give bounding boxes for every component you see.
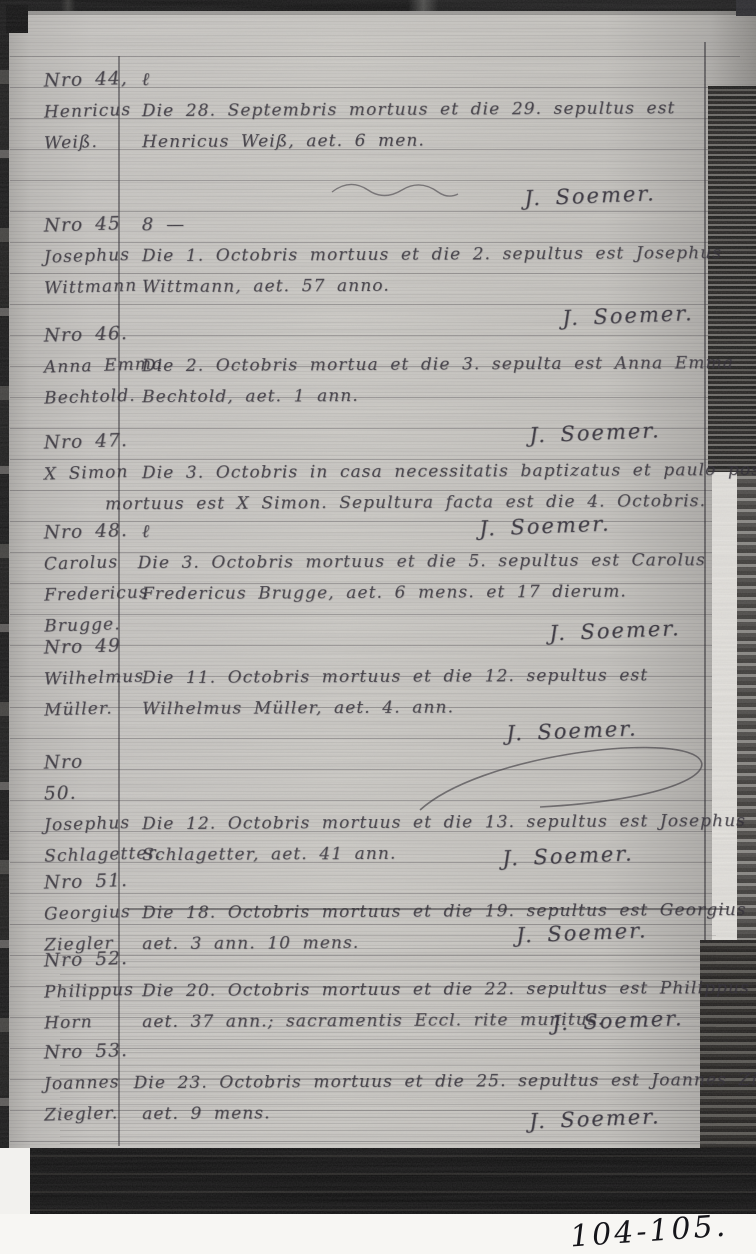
ink-mark: 8 —	[128, 211, 706, 237]
bottom-scan-band	[30, 1148, 756, 1214]
margin-name: Josephus	[30, 245, 129, 270]
entry-line: Die 1. Octobris mortuus et die 2. sepult…	[128, 243, 722, 268]
entry-row: Carolus Die 3. Octobris mortuus et die 5…	[30, 541, 706, 576]
entry-row: Wilhelmus Die 11. Octobris mortuus et di…	[30, 656, 706, 691]
ink-mark: ℓ	[128, 518, 706, 544]
left-film-edge	[0, 0, 9, 1150]
margin-name: Wittmann	[30, 276, 129, 301]
entry-row: Nro 47.	[30, 420, 706, 455]
entry-row: Nro 46.	[30, 313, 706, 348]
margin-name: Carolus	[30, 552, 124, 577]
entry-row: Nro 51.	[30, 860, 706, 895]
entry-row: Henricus Die 28. Septembris mortuus et d…	[30, 89, 706, 124]
top-right-film-mark	[736, 0, 756, 16]
margin-name: Josephus	[30, 813, 129, 838]
film-corner-mark	[6, 5, 28, 33]
entry-row: Nro 49	[30, 625, 706, 660]
entry-number: Nro 49	[29, 635, 128, 661]
margin-name: Bechtold.	[30, 386, 129, 411]
ink-stroke	[128, 908, 728, 910]
top-scan-band-shadow	[0, 11, 756, 15]
entry-row: Nro 45 8 —	[30, 203, 706, 238]
entry-line: Die 3. Octobris mortuus et die 5. sepult…	[124, 550, 706, 575]
entry-row: Fredericus Fredericus Brugge, aet. 6 men…	[30, 572, 706, 607]
ink-mark: ℓ	[128, 66, 706, 92]
entry-number: Nro 51.	[30, 870, 129, 896]
entry-number: Nro 48.	[29, 520, 128, 546]
ink-squiggle	[330, 178, 460, 200]
flourish-loop	[240, 728, 740, 818]
entry-line: Wittmann, aet. 57 anno.	[128, 274, 706, 299]
entry-line: Bechtold, aet. 1 ann.	[128, 384, 706, 409]
entry-line: Die 11. Octobris mortuus et die 12. sepu…	[128, 665, 706, 690]
entry-line: Die 28. Septembris mortuus et die 29. se…	[128, 98, 706, 123]
entry-row: Bechtold. Bechtold, aet. 1 ann.	[30, 375, 706, 410]
margin-name: Fredericus	[30, 583, 129, 608]
entry-line: Die 2. Octobris mortua et die 3. sepulta…	[128, 353, 734, 378]
entry-line: Henricus Weiß, aet. 6 men.	[128, 129, 706, 154]
top-scan-band	[0, 0, 756, 11]
entry-row: Weiß. Henricus Weiß, aet. 6 men.	[30, 120, 706, 155]
entry-line: Die 18. Octobris mortuus et die 19. sepu…	[128, 900, 756, 926]
margin-name: Georgius	[30, 902, 129, 927]
entry-line: Fredericus Brugge, aet. 6 mens. et 17 di…	[128, 581, 706, 606]
margin-name: Weiß.	[30, 131, 129, 156]
spine-shadow-mid	[737, 472, 756, 940]
margin-name: Müller.	[30, 698, 129, 723]
entry-row: X Simon Die 3. Octobris in casa necessit…	[30, 451, 706, 486]
margin-name: Anna Emma	[30, 355, 129, 380]
entry-number-second-line: 50.	[30, 781, 129, 807]
entry-row: Josephus Die 1. Octobris mortuus et die …	[30, 234, 706, 269]
margin-name: X Simon	[30, 462, 129, 487]
entry-number: Nro 47.	[29, 430, 128, 456]
entry-row: Anna Emma Die 2. Octobris mortua et die …	[30, 344, 706, 379]
margin-name: Wilhelmus	[30, 667, 129, 692]
scan-smear	[60, 935, 716, 1147]
entry-row: Nro 48. ℓ	[30, 510, 706, 545]
entry-number: Nro	[29, 750, 128, 776]
entry-row: Nro 44, ℓ	[30, 58, 706, 93]
spine-shadow-top	[708, 86, 756, 472]
entry-number: Nro 44,	[29, 68, 128, 94]
margin-name: Henricus	[30, 100, 129, 125]
entry-row: Wittmann Wittmann, aet. 57 anno.	[30, 265, 706, 300]
entry-number: Nro 46.	[29, 323, 128, 349]
entry-line: Die 3. Octobris in casa necessitatis bap…	[128, 460, 756, 485]
entry-number: Nro 45	[29, 213, 128, 239]
scanned-register-page: Nro 44, ℓ Henricus Die 28. Septembris mo…	[0, 0, 756, 1254]
